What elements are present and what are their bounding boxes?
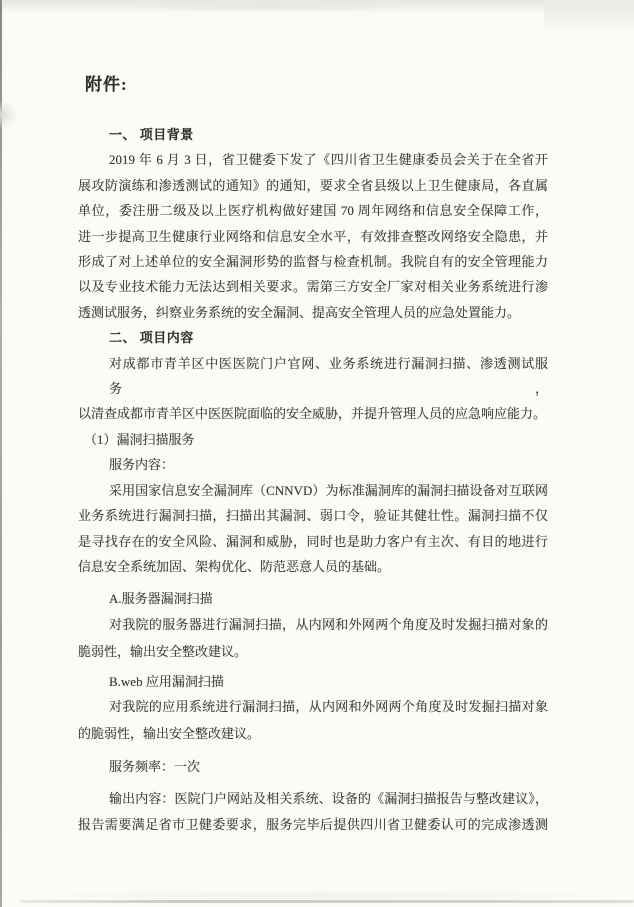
text-line: 对我院的应用系统进行漏洞扫描，从内网和外网两个角度及时发掘扫描对象	[78, 694, 548, 719]
document-body: 附件: 一、 项目背景2019 年 6 月 3 日，省卫健委下发了《四川省卫生健…	[78, 70, 548, 837]
scan-left-edge-line	[0, 0, 2, 907]
text-line: 二、 项目内容	[78, 325, 548, 350]
scan-left-smudge	[0, 100, 18, 130]
text-line: 是寻找存在的安全风险、漏洞和威胁，同时也是助力客户有主次、有目的地进行	[78, 529, 548, 554]
attachment-heading: 附件:	[78, 70, 548, 100]
text-line: 形成了对上述单位的安全漏洞形势的监督与检查机制。我院自有的安全管理能力	[78, 249, 548, 274]
text-line: 对成都市青羊区中医医院门户官网、业务系统进行漏洞扫描、渗透测试服务，	[78, 351, 548, 402]
text-line: 2019 年 6 月 3 日，省卫健委下发了《四川省卫生健康委员会关于在全省开	[78, 147, 548, 172]
text-line: B.web 应用漏洞扫描	[78, 669, 548, 694]
text-line: 输出内容：医院门户网站及相关系统、设备的《漏洞扫描报告与整改建议》，	[78, 786, 548, 811]
text-line: 服务内容：	[78, 452, 548, 477]
text-line: 报告需要满足省市卫健委要求，服务完毕后提供四川省卫健委认可的完成渗透测	[78, 812, 548, 837]
text-line: 采用国家信息安全漏洞库（CNNVD）为标准漏洞库的漏洞扫描设备对互联网	[78, 478, 548, 503]
text-line: 展攻防演练和渗透测试的通知》的通知，要求全省县级以上卫生健康局，各直属	[78, 173, 548, 198]
scan-bottom-mottle	[40, 891, 604, 900]
text-line: 进一步提高卫生健康行业网络和信息安全水平，有效排查整改网络安全隐患，并	[78, 224, 548, 249]
text-line: 信息安全系统加固、架构优化、防范恶意人员的基础。	[78, 554, 548, 579]
text-line: 以清查成都市青羊区中医医院面临的安全威胁，并提升管理人员的应急响应能力。	[78, 401, 548, 426]
text-line: 单位，委注册二级及以上医疗机构做好建国 70 周年网络和信息安全保障工作，	[78, 198, 548, 223]
text-line: 一、 项目背景	[78, 122, 548, 147]
scanned-page: 附件: 一、 项目背景2019 年 6 月 3 日，省卫健委下发了《四川省卫生健…	[0, 0, 634, 907]
text-line: 脆弱性，输出安全整改建议。	[78, 639, 548, 664]
scan-top-mottle	[120, 2, 420, 12]
text-line: A.服务器漏洞扫描	[78, 586, 548, 611]
text-line: 对我院的服务器进行漏洞扫描，从内网和外网两个角度及时发掘扫描对象的	[78, 612, 548, 637]
text-line: 透测试服务，纠察业务系统的安全漏洞、提高安全管理人员的应急处置能力。	[78, 300, 548, 325]
text-line: 服务频率：一次	[78, 754, 548, 779]
text-line: 的脆弱性，输出安全整改建议。	[78, 721, 548, 746]
text-line: 以及专业技术能力无法达到相关要求。需第三方安全厂家对相关业务系统进行渗	[78, 274, 548, 299]
scan-bottom-shadow	[20, 900, 634, 903]
scan-top-right-shadow	[544, 0, 634, 36]
document-lines: 一、 项目背景2019 年 6 月 3 日，省卫健委下发了《四川省卫生健康委员会…	[78, 122, 548, 837]
text-line: （1）漏洞扫描服务	[78, 427, 548, 452]
text-line: 业务系统进行漏洞扫描，扫描出其漏洞、弱口令，验证其健壮性。漏洞扫描不仅	[78, 503, 548, 528]
